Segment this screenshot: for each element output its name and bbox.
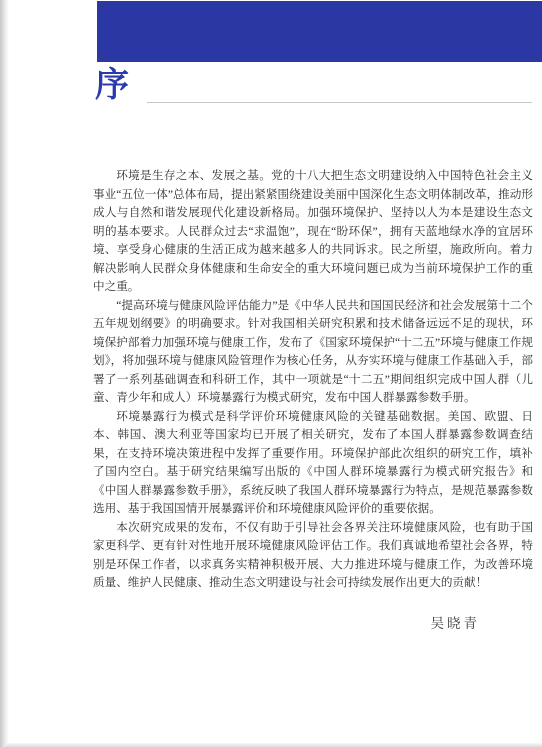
paragraph-3: 环境暴露行为模式是科学评价环境健康风险的关键基础数据。美国、欧盟、日本、韩国、澳…: [93, 408, 533, 519]
page-bottom-edge: [6, 743, 542, 747]
title-row: 序: [95, 66, 534, 112]
page-left-edge: [0, 0, 9, 747]
paragraph-2: “提高环境与健康风险评估能力”是《中华人民共和国国民经济和社会发展第十二个五年规…: [93, 297, 533, 408]
paragraph-4: 本次研究成果的发布，不仅有助于引导社会各界关注环境健康风险，也有助于国家更科学、…: [93, 519, 533, 593]
page-title: 序: [95, 66, 129, 104]
preface-body: 环境是生存之本、发展之基。党的十八大把生态文明建设纳入中国特色社会主义事业“五位…: [93, 167, 533, 593]
scanned-page: 序 环境是生存之本、发展之基。党的十八大把生态文明建设纳入中国特色社会主义事业“…: [9, 0, 542, 743]
title-rule: [147, 102, 532, 103]
signature: 吴晓青: [431, 612, 481, 632]
header-band: [97, 1, 542, 62]
paragraph-1: 环境是生存之本、发展之基。党的十八大把生态文明建设纳入中国特色社会主义事业“五位…: [93, 167, 533, 297]
